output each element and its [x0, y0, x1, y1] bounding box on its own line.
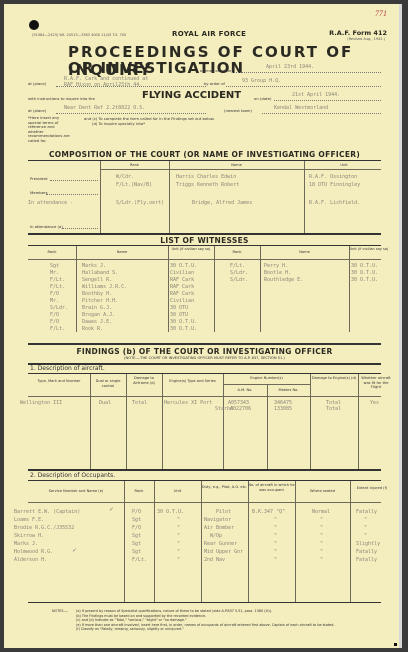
- attendance-rank: S/Ldr.(Fly.oert): [116, 200, 164, 206]
- divider: [28, 233, 381, 235]
- w-col-unit-left: Unit (if civilian say so): [168, 247, 214, 252]
- occupant-seated: ": [320, 557, 323, 563]
- attendance-name: Bridge, Alfred James: [192, 200, 252, 206]
- notes-block: NOTES.— (a) If present by reason of Spec…: [52, 609, 386, 632]
- divider: [28, 396, 381, 397]
- on-date-line: [274, 100, 381, 101]
- organisation-heading: ROYAL AIR FORCE: [172, 30, 246, 38]
- witness-unit: 30 O.T.U.: [170, 326, 197, 332]
- opened-on-line: [232, 72, 381, 73]
- note-f: (f) Classify as "Fatally, missing, serio…: [76, 627, 386, 632]
- findings-title: FINDINGS (b) OF THE COURT OR INVESTIGATI…: [28, 347, 381, 356]
- divider: [154, 481, 155, 603]
- ac-col-engine-type: Engine(s) Type and Series: [162, 379, 223, 384]
- occupant-injury: ": [364, 525, 367, 531]
- divider: [267, 385, 268, 470]
- occupant-name: Marks J.: [14, 541, 38, 547]
- occupant-injury: Slightly: [356, 541, 380, 547]
- divider: [28, 343, 381, 345]
- president-name: Harris Charles Edwin: [176, 174, 236, 180]
- witness-rank: S/Ldr.: [230, 270, 248, 276]
- witness-name: Brogan A.J.: [82, 312, 115, 318]
- ac-col-airframe-damage: Damage to Airframe (d): [126, 376, 162, 385]
- term-d: (d) To inquire specially into*: [92, 121, 145, 126]
- divider: [304, 161, 305, 233]
- special-terms-note: *Here insert any special terms of refere…: [28, 116, 70, 143]
- findings-note: (NOTE.—THE COURT OR INVESTIGATING OFFICE…: [28, 356, 381, 361]
- divider: [124, 481, 125, 603]
- witness-rank: Mr.: [50, 298, 59, 304]
- occupant-rank: Sgt: [132, 517, 141, 523]
- at-place2-label: at (place): [28, 108, 46, 113]
- occupant-rank: F/Lt.: [132, 557, 147, 563]
- witness-unit: RAF Cark: [170, 277, 194, 283]
- witness-unit: 30 O.T.U.: [351, 277, 378, 283]
- members-label: Members: [30, 190, 48, 195]
- occupant-injury: Fatally: [356, 557, 377, 563]
- witness-rank: F/Lt.: [50, 284, 65, 290]
- occupant-seated: ": [320, 549, 323, 555]
- occupant-duty: Pilot: [216, 509, 231, 515]
- occupant-seated: ": [320, 525, 323, 531]
- witness-rank: F/O: [50, 291, 59, 297]
- witness-unit: Civilian: [170, 270, 194, 276]
- witness-unit: 30 O.T.U.: [170, 319, 197, 325]
- occupant-unit: ": [177, 517, 180, 523]
- witness-unit: 30 OTU: [170, 312, 188, 318]
- occupant-aircraft: ": [274, 533, 277, 539]
- composition-title: COMPOSITION OF THE COURT (OR NAME OF INV…: [28, 150, 381, 159]
- divider: [169, 161, 170, 233]
- occupant-seated: ": [320, 517, 323, 523]
- divider: [28, 245, 381, 246]
- col-unit: Unit: [304, 163, 384, 168]
- member-name: Triggs Kenneth Robert: [176, 182, 239, 188]
- col-name: Name: [169, 163, 304, 168]
- occupant-duty: 2nd Nav: [204, 557, 225, 563]
- witness-rank: F/Lt.: [50, 277, 65, 283]
- witness-unit: 30 O.T.U.: [351, 270, 378, 276]
- president-unit: R.A.F. Ossington: [309, 174, 357, 180]
- am-no-2: A022706: [230, 406, 251, 412]
- by-order-line: [226, 86, 381, 87]
- aircraft-type: Wellington III: [20, 400, 62, 406]
- inquiry-type: FLYING ACCIDENT: [142, 90, 241, 101]
- at-place2-line: [56, 113, 206, 114]
- occupant-aircraft: ": [274, 557, 277, 563]
- w-col-name-right: Name: [260, 250, 349, 255]
- occupant-unit: ": [177, 541, 180, 547]
- occupant-injury: ": [364, 533, 367, 539]
- w-col-rank-left: Rank: [28, 250, 76, 255]
- at-place2-value: Near Dent Ref 2.2t8022 O.S.: [64, 105, 145, 111]
- occupant-seated: Normal: [312, 509, 330, 515]
- witness-rank: F/Lt.: [50, 326, 65, 332]
- witness-name: Sengell R.: [82, 277, 112, 283]
- ac-col-engine-damage: Damage to Engine(s) (d): [310, 376, 358, 381]
- dotted-line: [46, 194, 98, 195]
- member-unit: 18 OTU Finningley: [309, 182, 360, 188]
- occupant-duty: Air Bomber: [204, 525, 234, 531]
- divider: [201, 481, 202, 603]
- divider: [100, 161, 101, 233]
- occupant-injury: Fatally: [356, 549, 377, 555]
- in-attendance-a-label: In attendance (a): [30, 224, 63, 229]
- witness-name: Pitcher H.H.: [82, 298, 118, 304]
- instructions-label: with instructions to inquire into the: [28, 96, 95, 101]
- witness-rank: S/Ldr.: [230, 277, 248, 283]
- president-rank: W/Cdr.: [116, 174, 134, 180]
- witness-rank: F/O: [50, 319, 59, 325]
- engine-type: Hercules XI Port: [164, 400, 212, 406]
- form-revision: (Revised Aug., 1942.): [347, 37, 385, 41]
- nearest-town-label: (nearest town): [224, 108, 252, 113]
- occupant-unit: 30 O.T.U.: [157, 509, 184, 515]
- occupant-name: Brodie R.G.C./J35532: [14, 525, 74, 531]
- divider: [28, 602, 381, 603]
- occupant-aircraft: ": [274, 549, 277, 555]
- divider: [28, 480, 381, 481]
- check-mark-icon: ✓: [72, 547, 77, 554]
- occupant-rank: Sgt: [132, 541, 141, 547]
- occupant-unit: ": [177, 549, 180, 555]
- page-number: 771: [375, 9, 387, 18]
- occ-col-duty: Duty, e.g., Pilot, A.G. etc.: [201, 485, 248, 490]
- attendance-unit: R.A.F. Lichfield.: [309, 200, 360, 206]
- witness-name: Boothby H.: [82, 291, 112, 297]
- divider: [162, 374, 163, 470]
- ac-col-control: Dual or single control: [90, 379, 126, 388]
- occupant-aircraft: B.K.347 "Q": [252, 509, 285, 515]
- corner-mark: [394, 643, 397, 646]
- occupant-unit: ": [177, 533, 180, 539]
- witness-name: Hallaband S.: [82, 270, 118, 276]
- president-label: President: [30, 176, 48, 181]
- witness-rank: F/Lt.: [230, 263, 245, 269]
- occupant-name: Holmwood R.G.: [14, 549, 53, 555]
- witnesses-title: LIST OF WITNESSES: [28, 236, 381, 245]
- ac-col-am-no: A.M. No.: [223, 388, 267, 393]
- witness-name: Bootle H.: [264, 270, 291, 276]
- witness-name: Williams J.R.C.: [82, 284, 127, 290]
- on-date-value: 21st April 1944.: [292, 92, 340, 98]
- witness-unit: RAF Cark: [170, 284, 194, 290]
- nearest-town-line: [262, 113, 381, 114]
- notes-label: NOTES.—: [52, 609, 68, 613]
- occ-col-aircraft: No. of aircraft in which he was occupant: [248, 483, 295, 492]
- occupant-rank: Sgt: [132, 533, 141, 539]
- occupant-duty: Mid Upper Gnr: [204, 549, 243, 555]
- divider: [100, 169, 381, 170]
- divider: [223, 384, 310, 385]
- occupant-aircraft: ": [274, 525, 277, 531]
- raf-form-412-page: 771 (91084—2423) Wt. 24513—3363 4000 11/…: [4, 4, 402, 648]
- col-rank: Rank: [100, 163, 169, 168]
- divider: [350, 481, 351, 603]
- occupant-seated: ": [320, 541, 323, 547]
- dotted-line: [62, 228, 98, 229]
- by-order-label: by order of: [204, 81, 225, 86]
- occupant-rank: Sgt: [132, 549, 141, 555]
- check-mark-icon: ✓: [109, 506, 114, 513]
- witness-rank: Sgt: [50, 263, 59, 269]
- at-place-value-2: RAF Hixon on April25th 44.: [64, 82, 142, 88]
- airframe-damage: Total: [132, 400, 147, 406]
- witness-unit: RAF Cark: [170, 291, 194, 297]
- witness-rank: F/O: [50, 312, 59, 318]
- witness-name: Dawes J.E.: [82, 319, 112, 325]
- w-col-name-left: Name: [76, 250, 168, 255]
- form-number: R.A.F. Form 412: [329, 29, 387, 37]
- occupant-duty: Navigator: [204, 517, 231, 523]
- witness-name: Rook R.: [82, 326, 103, 332]
- divider: [126, 374, 127, 470]
- ac-col-makers-no: Makers No.: [267, 388, 310, 393]
- ac-col-type: Type, Mark and Number: [28, 379, 90, 384]
- opened-on-label: opened on (date): [200, 68, 233, 73]
- witness-unit: 30 O.T.U.: [170, 263, 197, 269]
- occupant-name: Skirrow H.: [14, 533, 44, 539]
- occ-col-seated: Where seated: [295, 489, 350, 494]
- occupant-name: Barrett E.W. (Captain): [14, 509, 80, 515]
- member-rank: F/Lt.(Nav/B): [116, 182, 152, 188]
- occupant-duty: W/Op: [210, 533, 222, 539]
- ac-col-fit: Whether aircraft was fit for the Flight: [358, 376, 394, 390]
- divider: [28, 160, 381, 161]
- witness-unit: 30 O.T.U.: [351, 263, 378, 269]
- occupant-rank: F/O: [132, 525, 141, 531]
- occ-col-rank: Rank: [124, 489, 154, 494]
- occupant-injury: ": [364, 517, 367, 523]
- print-reference: (91084—2423) Wt. 24513—3363 4000 11/43 T…: [32, 33, 126, 37]
- witness-rank: S/Ldr.: [50, 305, 68, 311]
- occupant-aircraft: ": [274, 517, 277, 523]
- occ-col-injury: Extent injured (f): [350, 486, 394, 491]
- occupants-heading: 2. Description of Occupants.: [30, 472, 115, 479]
- divider: [310, 374, 311, 470]
- divider: [28, 502, 381, 503]
- witness-name: Routhledge E.: [264, 277, 303, 283]
- occupant-name: Loams F.E.: [14, 517, 44, 523]
- witness-name: Perry H.: [264, 263, 288, 269]
- divider: [90, 374, 91, 470]
- witness-name: Brain G.J.: [82, 305, 112, 311]
- witness-name: Marks J.: [82, 263, 106, 269]
- divider: [295, 481, 296, 603]
- by-order-value: 93 Group H.Q.: [242, 78, 281, 84]
- occupant-unit: ": [177, 557, 180, 563]
- occupant-aircraft: ": [274, 541, 277, 547]
- occupant-unit: ": [177, 525, 180, 531]
- occupant-injury: Fatally: [356, 509, 377, 515]
- divider: [248, 481, 249, 603]
- witness-rank: Mr.: [50, 270, 59, 276]
- occ-col-name: Service Number and Name (e): [28, 489, 124, 494]
- dotted-line: [50, 180, 98, 181]
- on-date-label: on (date): [254, 96, 271, 101]
- w-col-rank-right: Rank: [214, 250, 260, 255]
- divider: [28, 469, 381, 471]
- divider: [28, 373, 381, 374]
- witness-unit: 30 OTU: [170, 305, 188, 311]
- fit-for-flight: Yes: [370, 400, 379, 406]
- makers-no-2: 133085: [274, 406, 292, 412]
- w-col-unit-right: Unit (if civilian say so): [349, 247, 389, 252]
- occupant-name: Alderson H.: [14, 557, 47, 563]
- witness-unit: Civilian: [170, 298, 194, 304]
- aircraft-heading: 1. Description of aircraft.: [30, 365, 105, 372]
- occupant-rank: P/O: [132, 509, 141, 515]
- occ-col-unit: Unit: [154, 489, 201, 494]
- in-attendance-label: In attendance -: [28, 200, 73, 206]
- opened-on-value: April 23rd 1944.: [266, 64, 314, 70]
- engine-damage-2: Total: [326, 406, 341, 412]
- divider: [28, 259, 381, 260]
- nearest-town-value: Kendal Westmorland: [274, 105, 328, 111]
- ac-col-engine-numbers: Engine Number(s): [223, 376, 310, 381]
- occupant-duty: Rear Gunner: [204, 541, 237, 547]
- punch-hole: [29, 20, 39, 30]
- at-place-label: at (place): [28, 81, 46, 86]
- aircraft-control: Dual: [99, 400, 111, 406]
- occupant-seated: ": [320, 533, 323, 539]
